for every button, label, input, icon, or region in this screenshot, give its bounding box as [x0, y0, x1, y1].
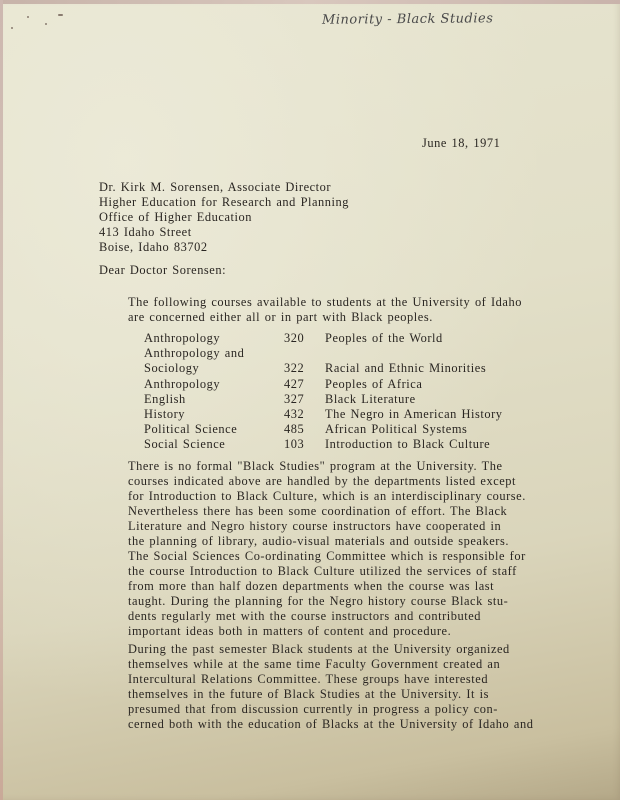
paragraph-line: are concerned either all or in part with… — [128, 310, 568, 325]
paragraph-line: themselves while at the same time Facult… — [128, 657, 568, 672]
course-department: Social Science — [144, 437, 225, 452]
course-number: 327 — [284, 392, 304, 407]
course-title: Introduction to Black Culture — [325, 437, 490, 452]
paragraph-line: There is no formal "Black Studies" progr… — [128, 459, 568, 474]
recipient-address: Dr. Kirk M. Sorensen, Associate Director… — [99, 180, 349, 255]
body-paragraph-2: During the past semester Black students … — [128, 642, 568, 732]
paragraph-line: themselves in the future of Black Studie… — [128, 687, 568, 702]
paragraph-line: dents regularly met with the course inst… — [128, 609, 568, 624]
address-line: Dr. Kirk M. Sorensen, Associate Director — [99, 180, 349, 195]
page-top-edge — [0, 0, 620, 4]
paragraph-line: the planning of library, audio-visual ma… — [128, 534, 568, 549]
paragraph-line: The following courses available to stude… — [128, 295, 568, 310]
course-department: English — [144, 392, 186, 407]
address-line: Boise, Idaho 83702 — [99, 240, 349, 255]
address-line: 413 Idaho Street — [99, 225, 349, 240]
paragraph-line: important ideas both in matters of conte… — [128, 624, 568, 639]
course-department: Anthropology and — [144, 346, 244, 361]
paragraph-line: During the past semester Black students … — [128, 642, 568, 657]
course-title: Racial and Ethnic Minorities — [325, 361, 486, 376]
paper-speck — [45, 23, 47, 25]
paragraph-line: Literature and Negro history course inst… — [128, 519, 568, 534]
letter-date: June 18, 1971 — [422, 136, 500, 151]
course-department: Political Science — [144, 422, 237, 437]
paragraph-line: Intercultural Relations Committee. These… — [128, 672, 568, 687]
intro-paragraph: The following courses available to stude… — [128, 295, 568, 325]
course-title: Peoples of the World — [325, 331, 443, 346]
paragraph-line: presumed that from discussion currently … — [128, 702, 568, 717]
course-title: The Negro in American History — [325, 407, 503, 422]
course-number: 485 — [284, 422, 304, 437]
paragraph-line: Nevertheless there has been some coordin… — [128, 504, 568, 519]
page-left-edge — [0, 0, 3, 800]
paragraph-line: courses indicated above are handled by t… — [128, 474, 568, 489]
paragraph-line: The Social Sciences Co-ordinating Commit… — [128, 549, 568, 564]
course-number: 432 — [284, 407, 304, 422]
course-title: African Political Systems — [325, 422, 467, 437]
handwritten-annotation: Minority - Black Studies — [322, 11, 493, 27]
course-department: Sociology — [144, 361, 199, 376]
course-number: 322 — [284, 361, 304, 376]
paragraph-line: taught. During the planning for the Negr… — [128, 594, 568, 609]
course-department: Anthropology — [144, 331, 220, 346]
course-title: Peoples of Africa — [325, 377, 422, 392]
course-number: 427 — [284, 377, 304, 392]
paragraph-line: the course Introduction to Black Culture… — [128, 564, 568, 579]
paragraph-line: from more than half dozen departments wh… — [128, 579, 568, 594]
paper-speck — [58, 14, 63, 16]
paragraph-line: cerned both with the education of Blacks… — [128, 717, 568, 732]
body-paragraph-1: There is no formal "Black Studies" progr… — [128, 459, 568, 639]
paper-speck — [11, 27, 13, 29]
course-department: Anthropology — [144, 377, 220, 392]
paragraph-line: for Introduction to Black Culture, which… — [128, 489, 568, 504]
course-number: 320 — [284, 331, 304, 346]
address-line: Higher Education for Research and Planni… — [99, 195, 349, 210]
course-title: Black Literature — [325, 392, 416, 407]
course-department: History — [144, 407, 185, 422]
paper-speck — [27, 16, 29, 18]
course-number: 103 — [284, 437, 304, 452]
address-line: Office of Higher Education — [99, 210, 349, 225]
salutation: Dear Doctor Sorensen: — [99, 263, 226, 278]
